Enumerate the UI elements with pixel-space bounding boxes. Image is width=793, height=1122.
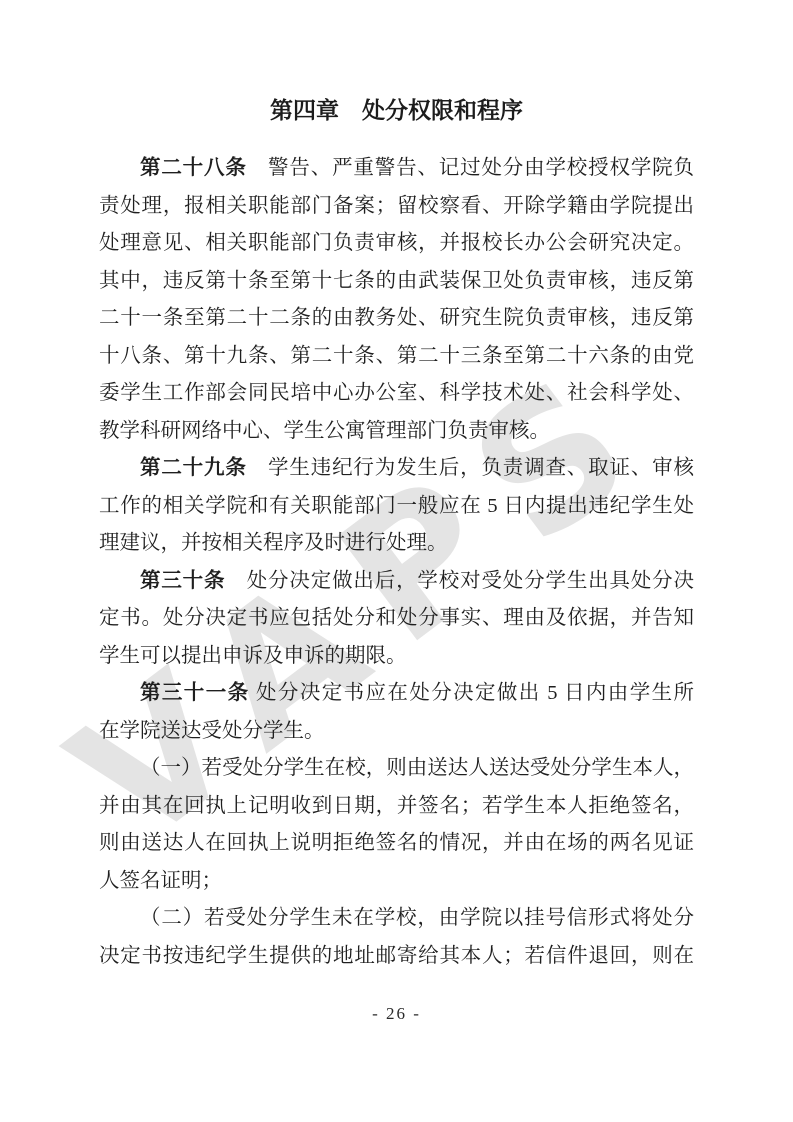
line-text: （一）若受处分学生在校，则由送达人送达受处分学生本人， (140, 757, 694, 779)
text-line: 第二十八条 警告、严重警告、记过处分由学校授权学院负 (99, 150, 694, 188)
article-number: 第三十一条 (140, 682, 250, 704)
line-text: 决定书按违纪学生提供的地址邮寄给其本人；若信件退回，则在 (99, 945, 694, 967)
article-number: 第二十八条 (140, 157, 247, 179)
line-text: 学生违纪行为发生后，负责调查、取证、审核 (247, 457, 694, 479)
text-line: 第三十条 处分决定做出后，学校对受处分学生出具处分决 (99, 563, 694, 601)
line-text: 定书。处分决定书应包括处分和处分事实、理由及依据，并告知 (99, 607, 694, 629)
line-text: 警告、严重警告、记过处分由学校授权学院负 (247, 157, 694, 179)
line-text: 处分决定书应在处分决定做出 5 日内由学生所 (250, 682, 695, 704)
text-line: 第二十九条 学生违纪行为发生后，负责调查、取证、审核 (99, 450, 694, 488)
text-line: 在学院送达受处分学生。 (99, 713, 694, 751)
line-text: 责处理，报相关职能部门备案；留校察看、开除学籍由学院提出 (99, 195, 694, 217)
line-text: 工作的相关学院和有关职能部门一般应在 5 日内提出违纪学生处 (99, 495, 694, 517)
line-text: 人签名证明； (99, 870, 222, 892)
article-number: 第二十九条 (140, 457, 247, 479)
text-line: 责处理，报相关职能部门备案；留校察看、开除学籍由学院提出 (99, 188, 694, 226)
text-line: 理建议，并按相关程序及时进行处理。 (99, 525, 694, 563)
text-line: 决定书按违纪学生提供的地址邮寄给其本人；若信件退回，则在 (99, 938, 694, 976)
line-text: 十八条、第十九条、第二十条、第二十三条至第二十六条的由党 (99, 345, 694, 367)
line-text: 理建议，并按相关程序及时进行处理。 (99, 532, 448, 554)
line-text: 教学科研网络中心、学生公寓管理部门负责审核。 (99, 420, 550, 442)
page-number: - 26 - (0, 1003, 793, 1025)
article-number: 第三十条 (140, 570, 225, 592)
line-text: 其中，违反第十条至第十七条的由武装保卫处负责审核，违反第 (99, 270, 694, 292)
text-line: 定书。处分决定书应包括处分和处分事实、理由及依据，并告知 (99, 600, 694, 638)
line-text: 二十一条至第二十二条的由教务处、研究生院负责审核，违反第 (99, 307, 694, 329)
line-text: 处分决定做出后，学校对受处分学生出具处分决 (225, 570, 694, 592)
text-line: 学生可以提出申诉及申诉的期限。 (99, 638, 694, 676)
line-text: 并由其在回执上记明收到日期，并签名；若学生本人拒绝签名， (99, 795, 694, 817)
line-text: 则由送达人在回执上说明拒绝签名的情况，并由在场的两名见证 (99, 832, 694, 854)
text-line: 工作的相关学院和有关职能部门一般应在 5 日内提出违纪学生处 (99, 488, 694, 526)
document-body: 第二十八条 警告、严重警告、记过处分由学校授权学院负 责处理，报相关职能部门备案… (99, 150, 694, 975)
text-line: 二十一条至第二十二条的由教务处、研究生院负责审核，违反第 (99, 300, 694, 338)
text-line: 人签名证明； (99, 863, 694, 901)
line-text: 学生可以提出申诉及申诉的期限。 (99, 645, 407, 667)
text-line: 并由其在回执上记明收到日期，并签名；若学生本人拒绝签名， (99, 788, 694, 826)
line-text: 在学院送达受处分学生。 (99, 720, 325, 742)
chapter-title: 第四章 处分权限和程序 (99, 97, 694, 125)
text-line: （二）若受处分学生未在学校，由学院以挂号信形式将处分 (99, 900, 694, 938)
text-line: 第三十一条 处分决定书应在处分决定做出 5 日内由学生所 (99, 675, 694, 713)
text-line: 委学生工作部会同民培中心办公室、科学技术处、社会科学处、 (99, 375, 694, 413)
text-line: 教学科研网络中心、学生公寓管理部门负责审核。 (99, 413, 694, 451)
document-page: VAPS 第四章 处分权限和程序 第二十八条 警告、严重警告、记过处分由学校授权… (0, 0, 793, 1122)
text-line: 其中，违反第十条至第十七条的由武装保卫处负责审核，违反第 (99, 263, 694, 301)
text-line: 则由送达人在回执上说明拒绝签名的情况，并由在场的两名见证 (99, 825, 694, 863)
text-line: 十八条、第十九条、第二十条、第二十三条至第二十六条的由党 (99, 338, 694, 376)
text-line: （一）若受处分学生在校，则由送达人送达受处分学生本人， (99, 750, 694, 788)
line-text: 处理意见、相关职能部门负责审核，并报校长办公会研究决定。 (99, 232, 694, 254)
line-text: （二）若受处分学生未在学校，由学院以挂号信形式将处分 (140, 907, 694, 929)
line-text: 委学生工作部会同民培中心办公室、科学技术处、社会科学处、 (99, 382, 694, 404)
text-line: 处理意见、相关职能部门负责审核，并报校长办公会研究决定。 (99, 225, 694, 263)
